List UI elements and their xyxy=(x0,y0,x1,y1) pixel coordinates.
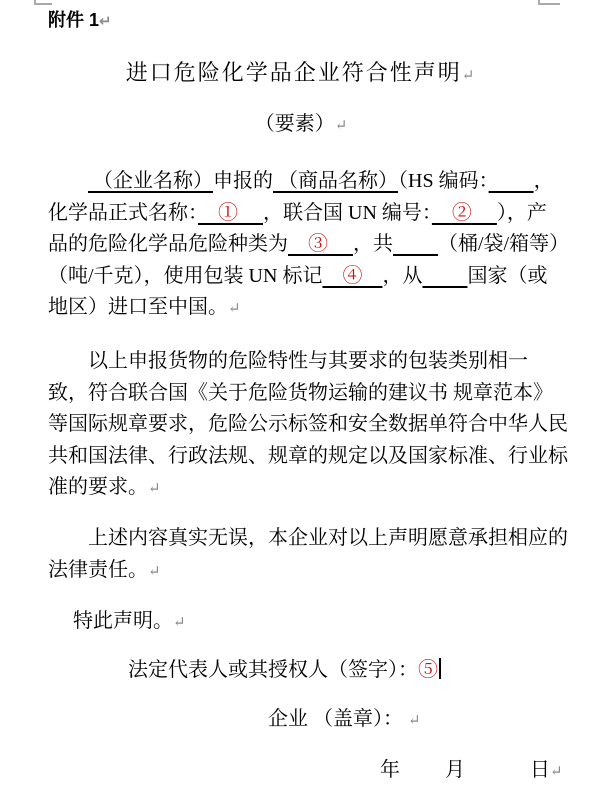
text-segment: 特此声明。 xyxy=(48,610,173,632)
paragraph-return-mark: ↵ xyxy=(173,615,186,631)
text-segment: 致，符合联合国《关于危险货物运输的建议书 规章范本》 xyxy=(48,382,553,404)
text-boundary-mark-left xyxy=(34,0,52,5)
text-cursor xyxy=(439,658,441,679)
paragraph-legal-responsibility: 上述内容真实无误，本企业对以上声明愿意承担相应的法律责任。↵ xyxy=(48,523,568,586)
red-circled-number: ⑤ xyxy=(418,659,438,681)
underline-blank xyxy=(393,233,438,255)
document-page[interactable]: 附件 1↵ 进口危险化学品企业符合性声明↵ （要素）↵ （企业名称）申报的 （商… xyxy=(0,0,602,794)
text-segment: （HS 编码： xyxy=(398,170,489,192)
text-segment: ，联合国 UN 编号： xyxy=(263,202,432,224)
underline-blank xyxy=(288,233,308,255)
red-circled-number: ④ xyxy=(342,265,362,287)
text-segment xyxy=(48,170,88,192)
text-segment: 上述内容真实无误，本企业对以上声明愿意承担相应的 xyxy=(48,527,568,549)
text-segment: 申报的 xyxy=(213,170,273,192)
text-segment: 共和国法律、行政法规、规章的规定以及国家标准、行业标 xyxy=(48,445,568,467)
paragraph-return-mark: ↵ xyxy=(148,481,161,497)
underline-blank xyxy=(432,202,452,224)
text-line: 准的要求。↵ xyxy=(48,472,568,504)
paragraph-return-mark: ↵ xyxy=(99,13,112,30)
text-segment: ，从 xyxy=(382,265,422,287)
text-segment: （桶/袋/箱等） xyxy=(438,233,569,255)
text-segment: 国家（或 xyxy=(467,265,547,287)
underline-blank xyxy=(322,265,342,287)
paragraph-declaration-details: （企业名称）申报的 （商品名称）（HS 编码： ，化学品正式名称： ① ，联合国… xyxy=(48,166,569,324)
text-line: 共和国法律、行政法规、规章的规定以及国家标准、行业标 xyxy=(48,441,568,473)
red-circled-number: ② xyxy=(452,202,472,224)
underline-blank: （企业名称） xyxy=(88,170,213,192)
text-segment: ），产 xyxy=(497,202,547,224)
company-seal-line: 企业 （盖章）： ↵ xyxy=(268,704,421,736)
text-line: 化学品正式名称： ① ，联合国 UN 编号： ② ），产 xyxy=(48,198,569,230)
text-segment: 企业 （盖章）： xyxy=(268,708,408,730)
text-segment: 化学品正式名称： xyxy=(48,202,198,224)
underline-blank xyxy=(472,202,497,224)
text-line: 上述内容真实无误，本企业对以上声明愿意承担相应的 xyxy=(48,523,568,555)
text-segment: 法定代表人或其授权人（签字）： xyxy=(128,659,418,681)
paragraph-return-mark: ↵ xyxy=(228,301,241,317)
text-boundary-mark-right xyxy=(538,0,560,5)
paragraph-return-mark: ↵ xyxy=(148,564,161,580)
date-line: 年 月 日↵ xyxy=(380,755,563,787)
underline-blank xyxy=(362,265,382,287)
paragraph-compliance-statement: 以上申报货物的危险特性与其要求的包装类别相一致，符合联合国《关于危险货物运输的建… xyxy=(48,346,568,504)
text-segment: 附件 1 xyxy=(48,10,99,30)
text-line: 地区）进口至中国。↵ xyxy=(48,292,569,324)
text-segment: ，共 xyxy=(353,233,393,255)
text-segment: 品的危险化学品危险种类为 xyxy=(48,233,288,255)
text-segment: 地区）进口至中国。 xyxy=(48,296,228,318)
underline-blank xyxy=(422,265,467,287)
text-segment: （吨/千克），使用包装 UN 标记 xyxy=(48,265,322,287)
text-line: 品的危险化学品危险种类为 ③ ，共 （桶/袋/箱等） xyxy=(48,229,569,261)
text-segment: 准的要求。 xyxy=(48,476,148,498)
signature-line: 法定代表人或其授权人（签字）：⑤ xyxy=(128,655,441,685)
attachment-label: 附件 1↵ xyxy=(48,8,112,34)
underline-blank: （商品名称） xyxy=(273,170,398,192)
document-subtitle: （要素）↵ xyxy=(0,112,602,138)
document-title: 进口危险化学品企业符合性声明↵ xyxy=(0,60,602,89)
underline-blank xyxy=(198,202,218,224)
text-segment: （要素） xyxy=(255,113,335,135)
text-line: 以上申报货物的危险特性与其要求的包装类别相一 xyxy=(48,346,568,378)
red-circled-number: ① xyxy=(218,202,238,224)
paragraph-return-mark: ↵ xyxy=(408,713,421,729)
text-segment: 进口危险化学品企业符合性声明 xyxy=(126,60,462,85)
text-segment: ， xyxy=(534,170,554,192)
text-segment: 以上申报货物的危险特性与其要求的包装类别相一 xyxy=(48,350,528,372)
text-segment: 法律责任。 xyxy=(48,559,148,581)
text-line: （吨/千克），使用包装 UN 标记 ④ ，从 国家（或 xyxy=(48,261,569,293)
underline-blank xyxy=(238,202,263,224)
red-circled-number: ③ xyxy=(308,233,328,255)
paragraph-return-mark: ↵ xyxy=(335,118,348,134)
text-line: 法律责任。↵ xyxy=(48,555,568,587)
underline-blank xyxy=(489,170,534,192)
text-segment: 年 月 日 xyxy=(380,759,550,781)
text-line: 等国际规章要求，危险公示标签和安全数据单符合中华人民 xyxy=(48,409,568,441)
text-segment: 等国际规章要求，危险公示标签和安全数据单符合中华人民 xyxy=(48,413,568,435)
paragraph-return-mark: ↵ xyxy=(550,764,563,780)
paragraph-return-mark: ↵ xyxy=(462,68,477,84)
underline-blank xyxy=(328,233,353,255)
text-line: （企业名称）申报的 （商品名称）（HS 编码： ， xyxy=(48,166,569,198)
text-line: 致，符合联合国《关于危险货物运输的建议书 规章范本》 xyxy=(48,378,568,410)
hereby-declare-line: 特此声明。↵ xyxy=(48,606,186,640)
